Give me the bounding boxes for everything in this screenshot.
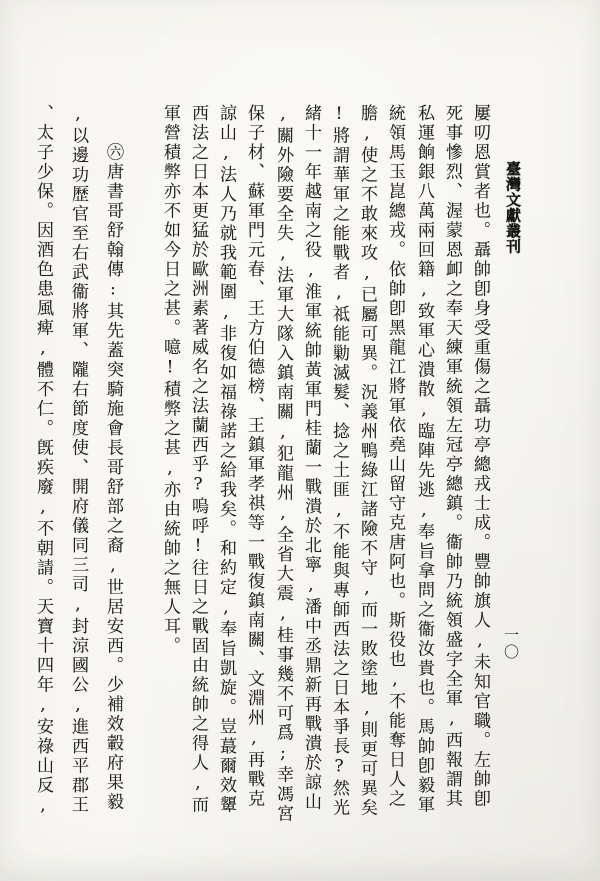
text-column-6: !將謂華軍之能戰者,祗能勦滅髮、捻之土匪,不能與專師西法之日本爭長?然光 <box>329 104 349 818</box>
text-column-12: 軍營積弊亦不如今日之甚。噫!積弊之甚,亦由統帥之無人耳。 <box>160 104 180 656</box>
text-column-8: ,關外險要全失,法軍大隊入鎮南關,犯龍州,全省大震,桂事幾不可爲;幸馮宮 <box>273 104 293 824</box>
text-column-2: 死事慘烈、渥蒙恩卹之奉天練軍統領左冠亭總鎮。衞帥乃統領盛字全軍,西報謂其 <box>442 104 462 809</box>
series-label: 臺灣文獻叢刊 <box>503 161 522 254</box>
text-column-7: 緒十一年越南之役,淮軍統帥黃軍門桂蘭一戰潰於北寧,潘中丞鼎新再戰潰於諒山 <box>301 104 321 812</box>
book-page: 臺灣文獻叢刊 一〇 屢叨恩賞者也。聶帥卽身受重傷之聶功亭總戎士成。豐帥旗人,未知… <box>0 0 600 881</box>
text-column-15: 、太子少保。因酒色患風痺,體不仁。旣疾廢,不朝請。天寶十四年,安祿山反, <box>33 104 53 818</box>
text-column-14: ,以邊功歷官至右武衞將軍、隴右節度使、開府儀同三司,封涼國公,進西平郡王 <box>68 104 88 815</box>
text-column-11: 西法之日本更猛於歐洲素著威名之法蘭西乎?嗚呼!往日之戰固由統帥之得人,而 <box>188 104 208 815</box>
text-column-5: 膽,使之不敢來攻,已屬可異。況義州鴨綠江諸險不守,而一敗塗地,則更可異矣 <box>357 104 377 818</box>
text-column-10: 諒山,法人乃就我範圍,非復如福祿諾之給我矣。和約定,奉旨凱旋。豈蕞爾效顰 <box>216 104 236 815</box>
text-column-4: 統領馬玉崑總戎。依帥卽黑龍江將軍依堯山留守克唐阿也。斯役也,不能奪日人之 <box>385 104 405 809</box>
page-number: 一〇 <box>502 627 520 661</box>
text-column-1: 屢叨恩賞者也。聶帥卽身受重傷之聶功亭總戎士成。豐帥旗人,未知官職。左帥卽 <box>470 104 490 809</box>
text-column-3: 私運餉銀八萬兩回籍,致軍心潰散,臨陣先逃,奉旨拿問之衞汝貴也。馬帥卽毅軍 <box>414 104 434 815</box>
text-column-9: 保子材、蘇軍門元春、王方伯德榜、王鎮軍孝祺等一戰復鎮南關、文淵州,再戰克 <box>244 104 264 809</box>
text-column-13: ㊅唐書哥舒翰傳:其先蓋突騎施會長哥舒部之裔,世居安西。少補效轂府果毅 <box>103 104 123 812</box>
